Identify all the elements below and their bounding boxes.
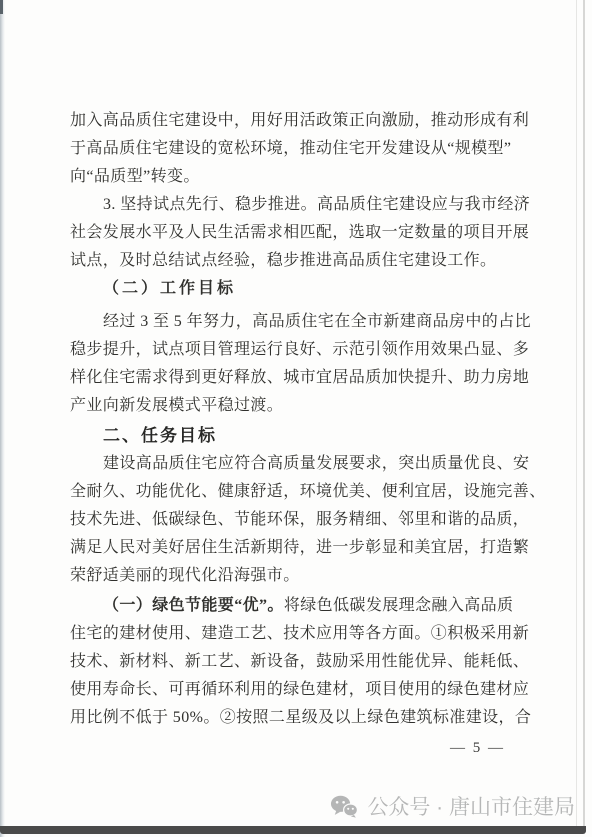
text-line: 经过 3 至 5 年努力，高品质住宅在全市新建商品房中的占比 [70, 308, 532, 336]
text-line: 试点，及时总结试点经验，稳步推进高品质住宅建设工作。 [70, 247, 532, 275]
wechat-icon [330, 795, 358, 818]
text-line: 加入高品质住宅建设中，用好用活政策正向激励，推动形成有利 [70, 107, 532, 135]
text-line: 建设高品质住宅应符合高质量发展要求，突出质量优良、安 [70, 450, 532, 478]
text-line: 社会发展水平及人民生活需求相匹配，选取一定数量的项目开展 [70, 219, 532, 247]
text-run: 将绿色低碳发展理念融入高品质 [284, 597, 514, 614]
text-line: 满足人民对美好居住生活新期待，进一步彰显和美宜居，打造繁 [70, 534, 532, 562]
watermark-label: 公众号 · 唐山市住建局 [367, 791, 575, 821]
section-heading-work-goals: （二）工作目标 [70, 275, 532, 303]
text-line: 3. 坚持试点先行、稳步推进。高品质住宅建设应与我市经济 [70, 191, 532, 219]
scan-corner-mark [0, 0, 3, 14]
text-line: （一）绿色节能要“优”。将绿色低碳发展理念融入高品质 [70, 592, 532, 620]
text-line: 使用寿命长、可再循环利用的绿色建材，项目使用的绿色建材应 [70, 676, 532, 704]
scan-edge-left [0, 0, 5, 837]
text-line: 用比例不低于 50%。②按照二星级及以上绿色建筑标准建设，合 [70, 704, 532, 732]
section-heading-task-goals: 二、任务目标 [70, 422, 532, 450]
text-line: 全耐久、功能优化、健康舒适，环境优美、便利宜居，设施完善、 [70, 478, 532, 506]
page-number: — 5 — [450, 740, 505, 757]
text-line: 住宅的建材使用、建造工艺、技术应用等各方面。①积极采用新 [70, 620, 532, 648]
text-line: 产业向新发展模式平稳过渡。 [70, 392, 532, 420]
wechat-watermark: 公众号 · 唐山市住建局 [330, 791, 575, 821]
text-line: 稳步提升，试点项目管理运行良好、示范引领作用效果凸显、多 [70, 336, 532, 364]
text-line: 样化住宅需求得到更好释放、城市宜居品质加快提升、助力房地 [70, 364, 532, 392]
text-line: 荣舒适美丽的现代化沿海强市。 [70, 562, 532, 590]
scan-edge-right-inner [576, 0, 577, 826]
document-body: 加入高品质住宅建设中，用好用活政策正向激励，推动形成有利 于高品质住宅建设的宽松… [70, 107, 532, 732]
inline-heading-green-energy: （一）绿色节能要“优”。 [103, 597, 284, 614]
scan-edge-bottom [0, 826, 586, 834]
text-line: 技术、新材料、新工艺、新设备，鼓励采用性能优异、能耗低、 [70, 648, 532, 676]
scanned-document-page: 加入高品质住宅建设中，用好用活政策正向激励，推动形成有利 于高品质住宅建设的宽松… [0, 0, 592, 837]
text-line: 向“品质型”转变。 [70, 163, 532, 191]
text-line: 技术先进、低碳绿色、节能环保，服务精细、邻里和谐的品质， [70, 506, 532, 534]
text-line: 于高品质住宅建设的宽松环境，推动住宅开发建设从“规模型” [70, 135, 532, 163]
scan-edge-right-outer [583, 0, 585, 826]
